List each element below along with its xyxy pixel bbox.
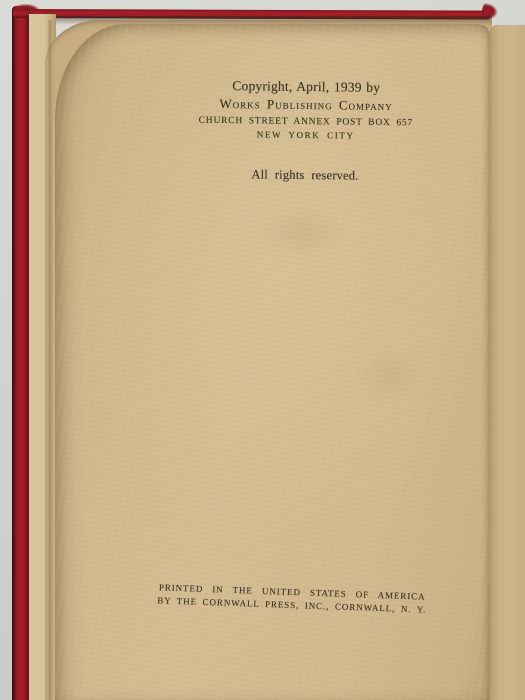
paper-stain [355, 345, 425, 405]
book-photo: Copyright, April, 1939 by Works Publishi… [0, 0, 525, 700]
rights-reserved-line: All rights reserved. [251, 167, 358, 183]
copyright-block: Copyright, April, 1939 by Works Publishi… [198, 78, 413, 142]
publisher-line: Works Publishing Company [199, 96, 414, 115]
next-leaf-edge [488, 25, 525, 700]
copyright-line: Copyright, April, 1939 by [199, 78, 414, 97]
address-line: CHURCH STREET ANNEX POST BOX 657 [199, 116, 413, 129]
gutter-crease [47, 20, 53, 700]
paper-stain [255, 205, 345, 260]
